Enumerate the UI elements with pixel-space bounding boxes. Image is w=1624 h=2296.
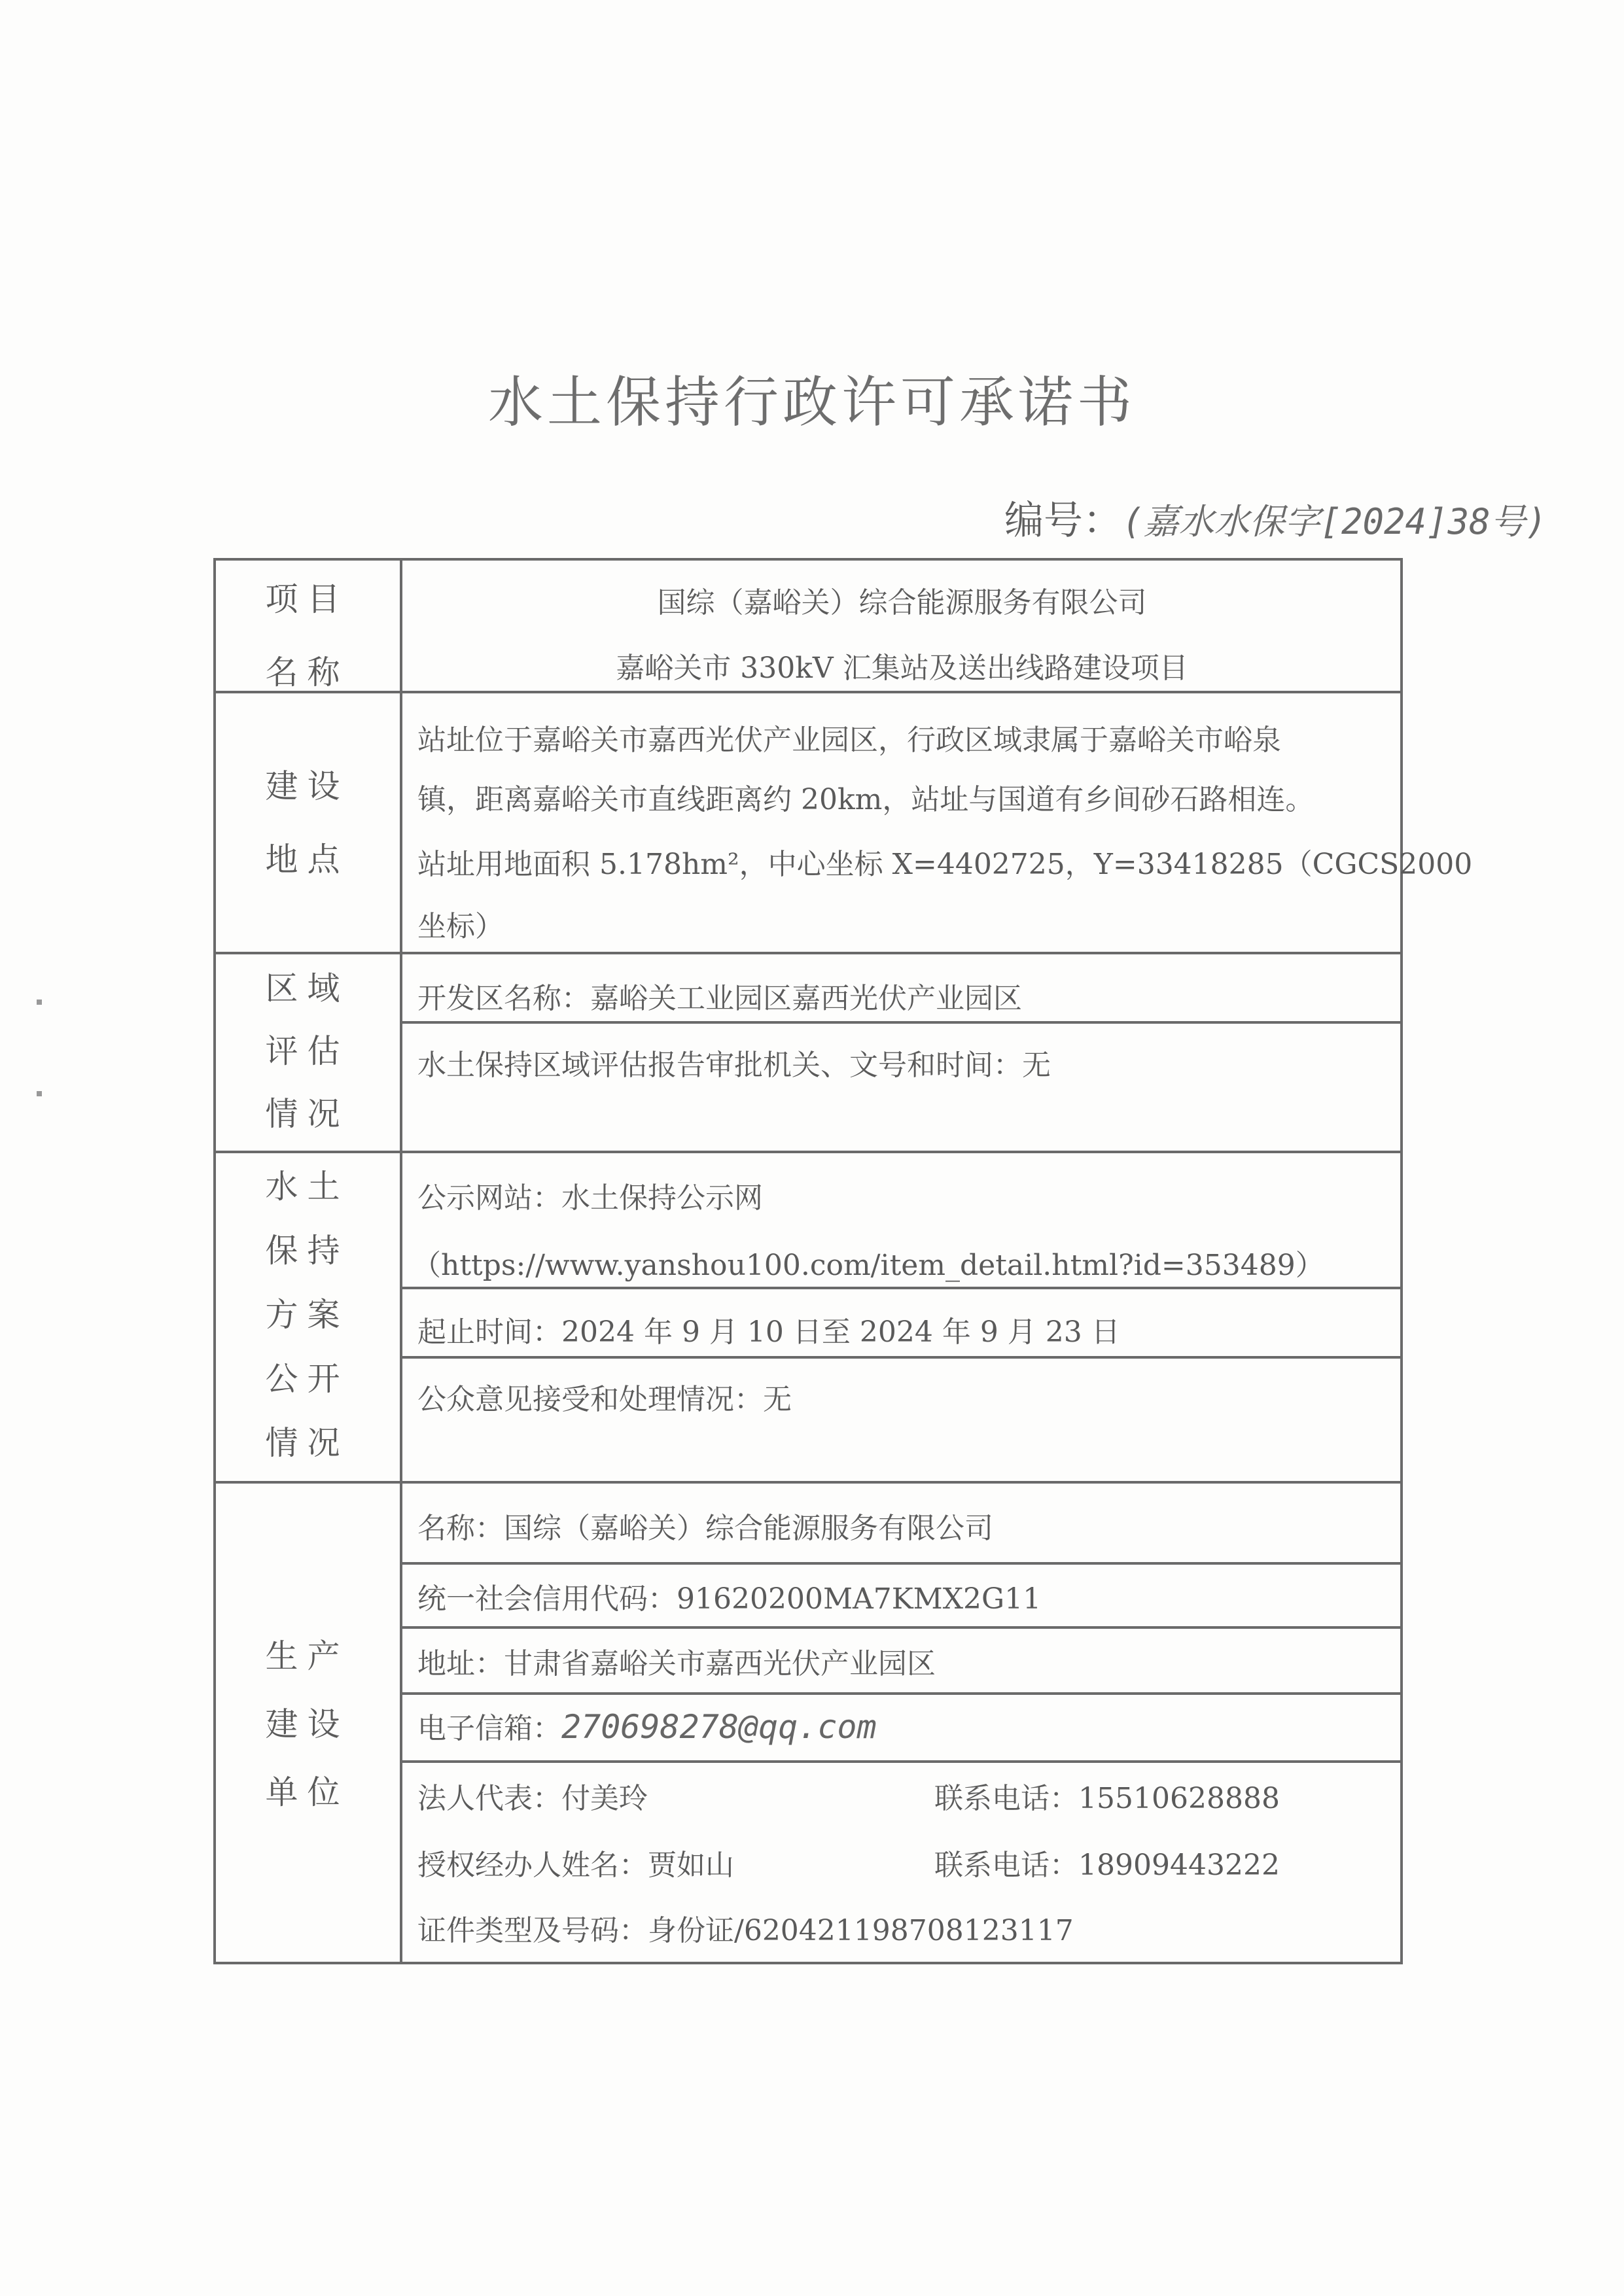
unit-credit-code: 统一社会信用代码：91620200MA7KMX2G11 <box>417 1575 1041 1617</box>
unit-address: 地址：甘肃省嘉峪关市嘉西光伏产业园区 <box>417 1640 936 1682</box>
unit-email: 电子信箱：270698278@qq.com <box>417 1705 877 1747</box>
legal-rep-phone: 联系电话：15510628888 <box>934 1775 1280 1817</box>
location-line-2: 镇，距离嘉峪关市直线距离约 20km，站址与国道有乡间砂石路相连。 <box>417 776 1314 818</box>
label-line: 保持 <box>213 1219 401 1283</box>
label-line: 评估 <box>213 1020 401 1083</box>
email-label: 电子信箱： <box>417 1712 561 1745</box>
label-line: 水土 <box>213 1155 401 1219</box>
email-handwritten: 270698278@qq.com <box>561 1708 877 1746</box>
public-opinion: 公众意见接受和处理情况：无 <box>417 1376 792 1418</box>
row-divider <box>213 1151 1403 1153</box>
dev-zone-name: 开发区名称：嘉峪关工业园区嘉西光伏产业园区 <box>417 975 1022 1017</box>
subrow-divider <box>401 1021 1403 1024</box>
label-line: 区域 <box>213 957 401 1020</box>
agent-phone: 联系电话：18909443222 <box>934 1841 1280 1883</box>
row-divider <box>213 952 1403 954</box>
label-line: 建设 <box>213 1690 401 1758</box>
disclosure-website: 公示网站：水土保持公示网 <box>417 1174 763 1216</box>
label-construction-unit: 生产 建设 单位 <box>213 1622 401 1826</box>
location-line-4: 坐标） <box>417 903 504 945</box>
document-number-handwritten: (嘉水水保字[2024]38号) <box>1122 501 1547 542</box>
authorized-agent: 授权经办人姓名：贾如山 <box>417 1841 734 1883</box>
project-company: 国综（嘉峪关）综合能源服务有限公司 <box>401 579 1403 621</box>
label-line: 地点 <box>213 823 401 896</box>
label-line: 单位 <box>213 1758 401 1826</box>
location-line-3: 站址用地面积 5.178hm²，中心坐标 X=4402725，Y=3341828… <box>417 841 1472 882</box>
label-line: 生产 <box>213 1622 401 1690</box>
label-line: 建设 <box>213 750 401 823</box>
location-line-1: 站址位于嘉峪关市嘉西光伏产业园区，行政区域隶属于嘉峪关市峪泉 <box>417 716 1281 758</box>
subrow-divider <box>401 1287 1403 1289</box>
document-number: 编号：(嘉水水保字[2024]38号) <box>1004 489 1547 546</box>
label-line: 情况 <box>213 1411 401 1475</box>
label-project-name: 项目 名称 <box>213 563 401 709</box>
subrow-divider <box>401 1760 1403 1763</box>
document-title: 水土保持行政许可承诺书 <box>0 358 1624 438</box>
unit-name: 名称：国综（嘉峪关）综合能源服务有限公司 <box>417 1505 993 1546</box>
legal-representative: 法人代表：付美玲 <box>417 1775 648 1817</box>
label-plan-disclosure: 水土 保持 方案 公开 情况 <box>213 1155 401 1475</box>
label-line: 情况 <box>213 1083 401 1145</box>
document-number-label: 编号： <box>1004 498 1122 544</box>
row-divider <box>213 1481 1403 1484</box>
subrow-divider <box>401 1562 1403 1565</box>
disclosure-url[interactable]: （https://www.yanshou100.com/item_detail.… <box>412 1242 1324 1283</box>
scan-mark <box>37 1091 42 1096</box>
subrow-divider <box>401 1692 1403 1695</box>
id-document: 证件类型及号码：身份证/620421198708123117 <box>417 1907 1074 1949</box>
subrow-divider <box>401 1356 1403 1359</box>
label-line: 名称 <box>213 636 401 709</box>
label-line: 项目 <box>213 563 401 636</box>
label-location: 建设 地点 <box>213 750 401 896</box>
assessment-report: 水土保持区域评估报告审批机关、文号和时间：无 <box>417 1041 1051 1083</box>
disclosure-period: 起止时间：2024 年 9 月 10 日至 2024 年 9 月 23 日 <box>417 1308 1120 1350</box>
label-line: 方案 <box>213 1283 401 1347</box>
scan-mark <box>37 1000 42 1005</box>
label-regional-assessment: 区域 评估 情况 <box>213 957 401 1145</box>
project-title: 嘉峪关市 330kV 汇集站及送出线路建设项目 <box>401 644 1403 686</box>
label-line: 公开 <box>213 1347 401 1411</box>
subrow-divider <box>401 1626 1403 1629</box>
